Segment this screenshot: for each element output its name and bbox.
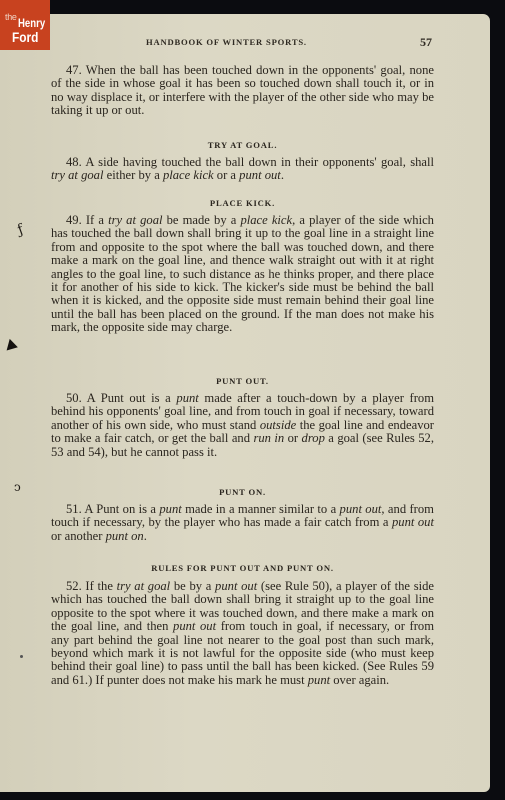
heading-rules-punt: RULES FOR PUNT OUT AND PUNT ON. (51, 563, 434, 573)
heading-place-kick: PLACE KICK. (51, 198, 434, 208)
logo-henry: Henry (18, 16, 45, 30)
margin-dot-icon (20, 655, 23, 658)
rule-52: 52. If the try at goal be by a punt out … (51, 580, 434, 687)
rule-47: 47. When the ball has been touched down … (51, 64, 434, 118)
logo-ford: Ford (12, 29, 38, 45)
rule-50: 50. A Punt out is a punt made after a to… (51, 392, 434, 459)
heading-punt-out: PUNT OUT. (51, 376, 434, 386)
margin-mark-icon: ↄ (14, 480, 21, 494)
heading-punt-on: PUNT ON. (51, 487, 434, 497)
henry-ford-logo: the Henry Ford (0, 0, 50, 50)
rule-48: 48. A side having touched the ball down … (51, 156, 434, 183)
running-title: HANDBOOK OF WINTER SPORTS. (146, 37, 307, 47)
page-number: 57 (420, 35, 432, 50)
rule-49: 49. If a try at goal be made by a place … (51, 214, 434, 335)
heading-try-at-goal: TRY AT GOAL. (51, 140, 434, 150)
rule-51: 51. A Punt on is a punt made in a manner… (51, 503, 434, 543)
logo-the: the (5, 12, 17, 22)
